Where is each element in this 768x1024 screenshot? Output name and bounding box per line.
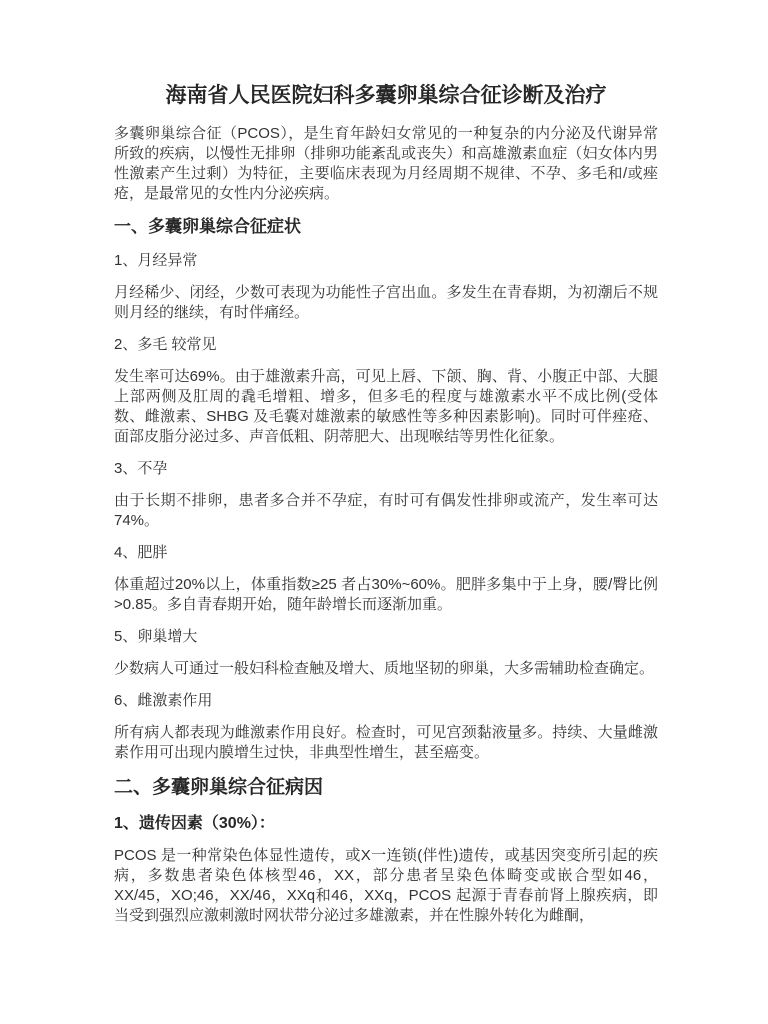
s1-item3-subheading: 3、不孕 <box>114 459 658 479</box>
section1-heading: 一、多囊卵巢综合征症状 <box>114 216 658 238</box>
s1-item5-subheading: 5、卵巢增大 <box>114 627 658 647</box>
document-page: 海南省人民医院妇科多囊卵巢综合征诊断及治疗 多囊卵巢综合征（PCOS），是生育年… <box>0 0 768 1024</box>
s1-item6-body: 所有病人都表现为雌激素作用良好。检查时，可见宫颈黏液量多。持续、大量雌激素作用可… <box>114 723 658 763</box>
s1-item5-body: 少数病人可通过一般妇科检查触及增大、质地坚韧的卵巢，大多需辅助检查确定。 <box>114 659 658 679</box>
s1-item2-body: 发生率可达69%。由于雄激素升高，可见上唇、下颌、胸、背、小腹正中部、大腿上部两… <box>114 367 658 447</box>
s1-item2-subheading: 2、多毛 较常见 <box>114 335 658 355</box>
intro-paragraph: 多囊卵巢综合征（PCOS），是生育年龄妇女常见的一种复杂的内分泌及代谢异常所致的… <box>114 124 658 204</box>
document-title: 海南省人民医院妇科多囊卵巢综合征诊断及治疗 <box>114 84 658 108</box>
s1-item3-body: 由于长期不排卵，患者多合并不孕症，有时可有偶发性排卵或流产，发生率可达74%。 <box>114 491 658 531</box>
s1-item6-subheading: 6、雌激素作用 <box>114 691 658 711</box>
s2-item1-subheading: 1、遗传因素（30%）： <box>114 813 658 834</box>
s1-item1-body: 月经稀少、闭经，少数可表现为功能性子宫出血。多发生在青春期，为初潮后不规则月经的… <box>114 283 658 323</box>
s1-item4-subheading: 4、肥胖 <box>114 543 658 563</box>
section2-heading: 二、多囊卵巢综合征病因 <box>114 775 658 800</box>
s1-item4-body: 体重超过20%以上，体重指数≥25 者占30%~60%。肥胖多集中于上身，腰/臀… <box>114 575 658 615</box>
s2-item1-body: PCOS 是一种常染色体显性遗传，或X一连锁(伴性)遗传，或基因突变所引起的疾病… <box>114 846 658 926</box>
s1-item1-subheading: 1、月经异常 <box>114 251 658 271</box>
